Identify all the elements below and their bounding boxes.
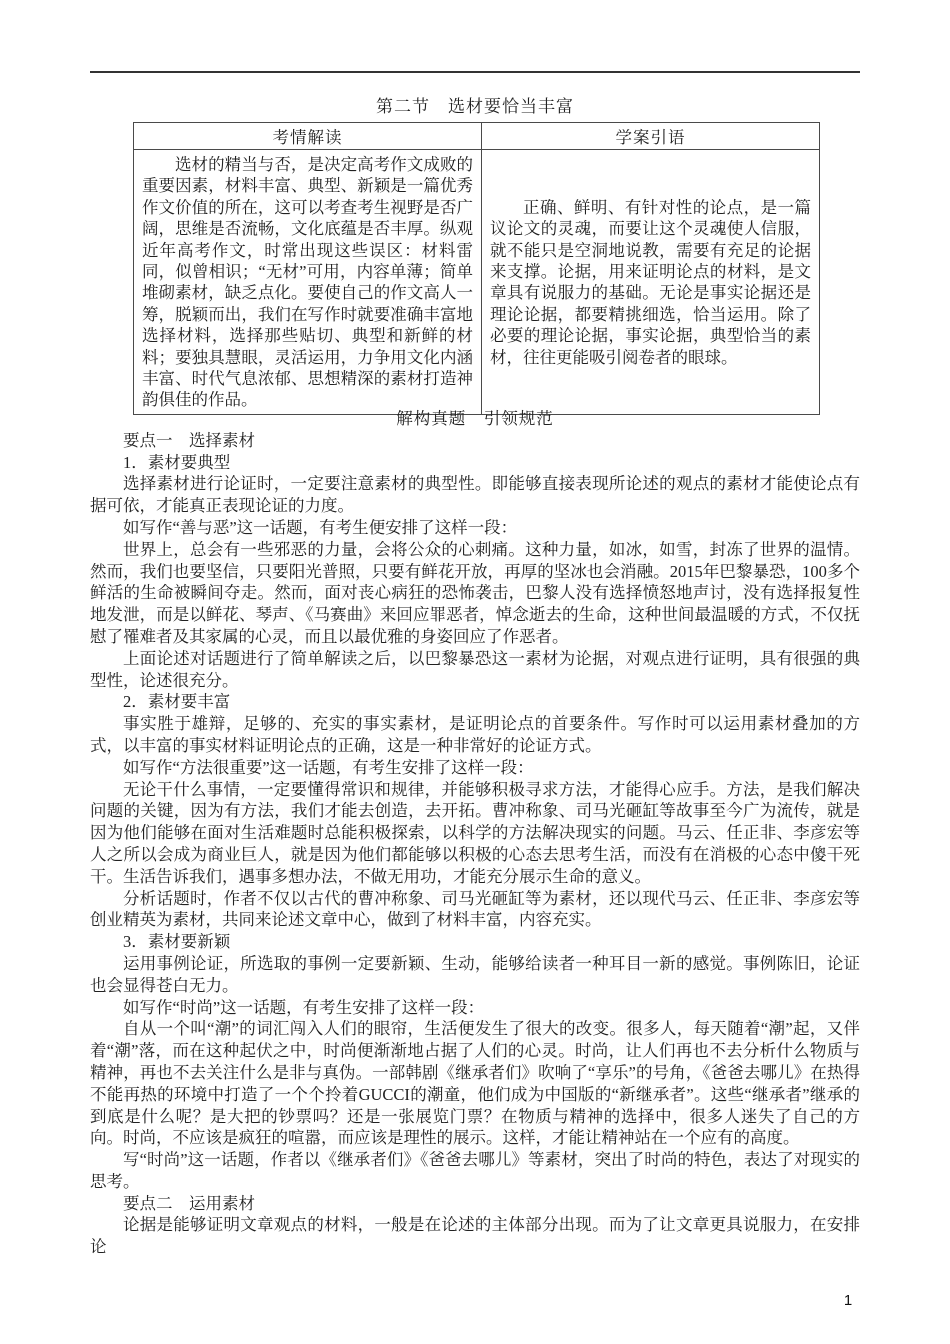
example-2-comment: 分析话题时，作者不仅以古代的曹冲称象、司马光砸缸等为素材，还以现代马云、任正非、…: [90, 888, 860, 932]
exam-info-table: 考情解读 学案引语 选材的精当与否，是决定高考作文成败的重要因素，材料丰富、典型…: [133, 122, 820, 415]
rule-2-heading: 2．素材要丰富: [90, 691, 860, 713]
table-header-exam-analysis: 考情解读: [134, 123, 482, 150]
example-3-text: 自从一个叫“潮”的词汇闯入人们的眼帘，生活便发生了很大的改变。很多人，每天随着“…: [90, 1018, 860, 1149]
table-body-row: 选材的精当与否，是决定高考作文成败的重要因素，材料丰富、典型、新颖是一篇优秀作文…: [134, 150, 820, 415]
example-2-intro: 如写作“方法很重要”这一话题，有考生安排了这样一段：: [90, 757, 860, 779]
point-1-heading: 要点一 选择素材: [90, 430, 860, 452]
point-2-text: 论据是能够证明文章观点的材料，一般是在论述的主体部分出现。而为了让文章更具说服力…: [90, 1214, 860, 1258]
rule-3-text: 运用事例论证，所选取的事例一定要新颖、生动，能够给读者一种耳目一新的感觉。事例陈…: [90, 953, 860, 997]
example-1-comment: 上面论述对话题进行了简单解读之后，以巴黎暴恐这一素材为论据，对观点进行证明，具有…: [90, 648, 860, 692]
example-3-comment: 写“时尚”这一话题，作者以《继承者们》《爸爸去哪儿》等素材，突出了时尚的特色，表…: [90, 1149, 860, 1193]
header-rule: [90, 71, 860, 73]
example-2-text: 无论干什么事情，一定要懂得常识和规律，并能够积极寻求方法，才能得心应手。方法，是…: [90, 779, 860, 888]
exam-analysis-text: 选材的精当与否，是决定高考作文成败的重要因素，材料丰富、典型、新颖是一篇优秀作文…: [142, 154, 473, 411]
table-header-lesson-intro: 学案引语: [482, 123, 820, 150]
table-header-row: 考情解读 学案引语: [134, 123, 820, 150]
example-3-intro: 如写作“时尚”这一话题，有考生安排了这样一段：: [90, 997, 860, 1019]
lesson-intro-text: 正确、鲜明、有针对性的论点，是一篇议论文的灵魂，而要让这个灵魂使人信服，就不能只…: [490, 197, 811, 368]
main-content: 解构真题 引领规范 要点一 选择素材 1．素材要典型 选择素材进行论证时，一定要…: [90, 408, 860, 1258]
rule-3-heading: 3．素材要新颖: [90, 931, 860, 953]
page-number: 1: [838, 1292, 858, 1309]
example-1-intro: 如写作“善与恶”这一话题，有考生便安排了这样一段：: [90, 517, 860, 539]
exam-analysis-cell: 选材的精当与否，是决定高考作文成败的重要因素，材料丰富、典型、新颖是一篇优秀作文…: [134, 150, 482, 415]
point-2-heading: 要点二 运用素材: [90, 1193, 860, 1215]
rule-1-text: 选择素材进行论证时，一定要注意素材的典型性。即能够直接表现所论述的观点的素材才能…: [90, 473, 860, 517]
page-title: 第二节 选材要恰当丰富: [90, 92, 860, 117]
rule-1-heading: 1．素材要典型: [90, 452, 860, 474]
example-1-text: 世界上，总会有一些邪恶的力量，会将公众的心刺痛。这种力量，如冰，如雪，封冻了世界…: [90, 539, 860, 648]
rule-2-text: 事实胜于雄辩，足够的、充实的事实素材，是证明论点的首要条件。写作时可以运用素材叠…: [90, 713, 860, 757]
section-heading: 解构真题 引领规范: [90, 408, 860, 430]
lesson-intro-cell: 正确、鲜明、有针对性的论点，是一篇议论文的灵魂，而要让这个灵魂使人信服，就不能只…: [482, 150, 820, 415]
